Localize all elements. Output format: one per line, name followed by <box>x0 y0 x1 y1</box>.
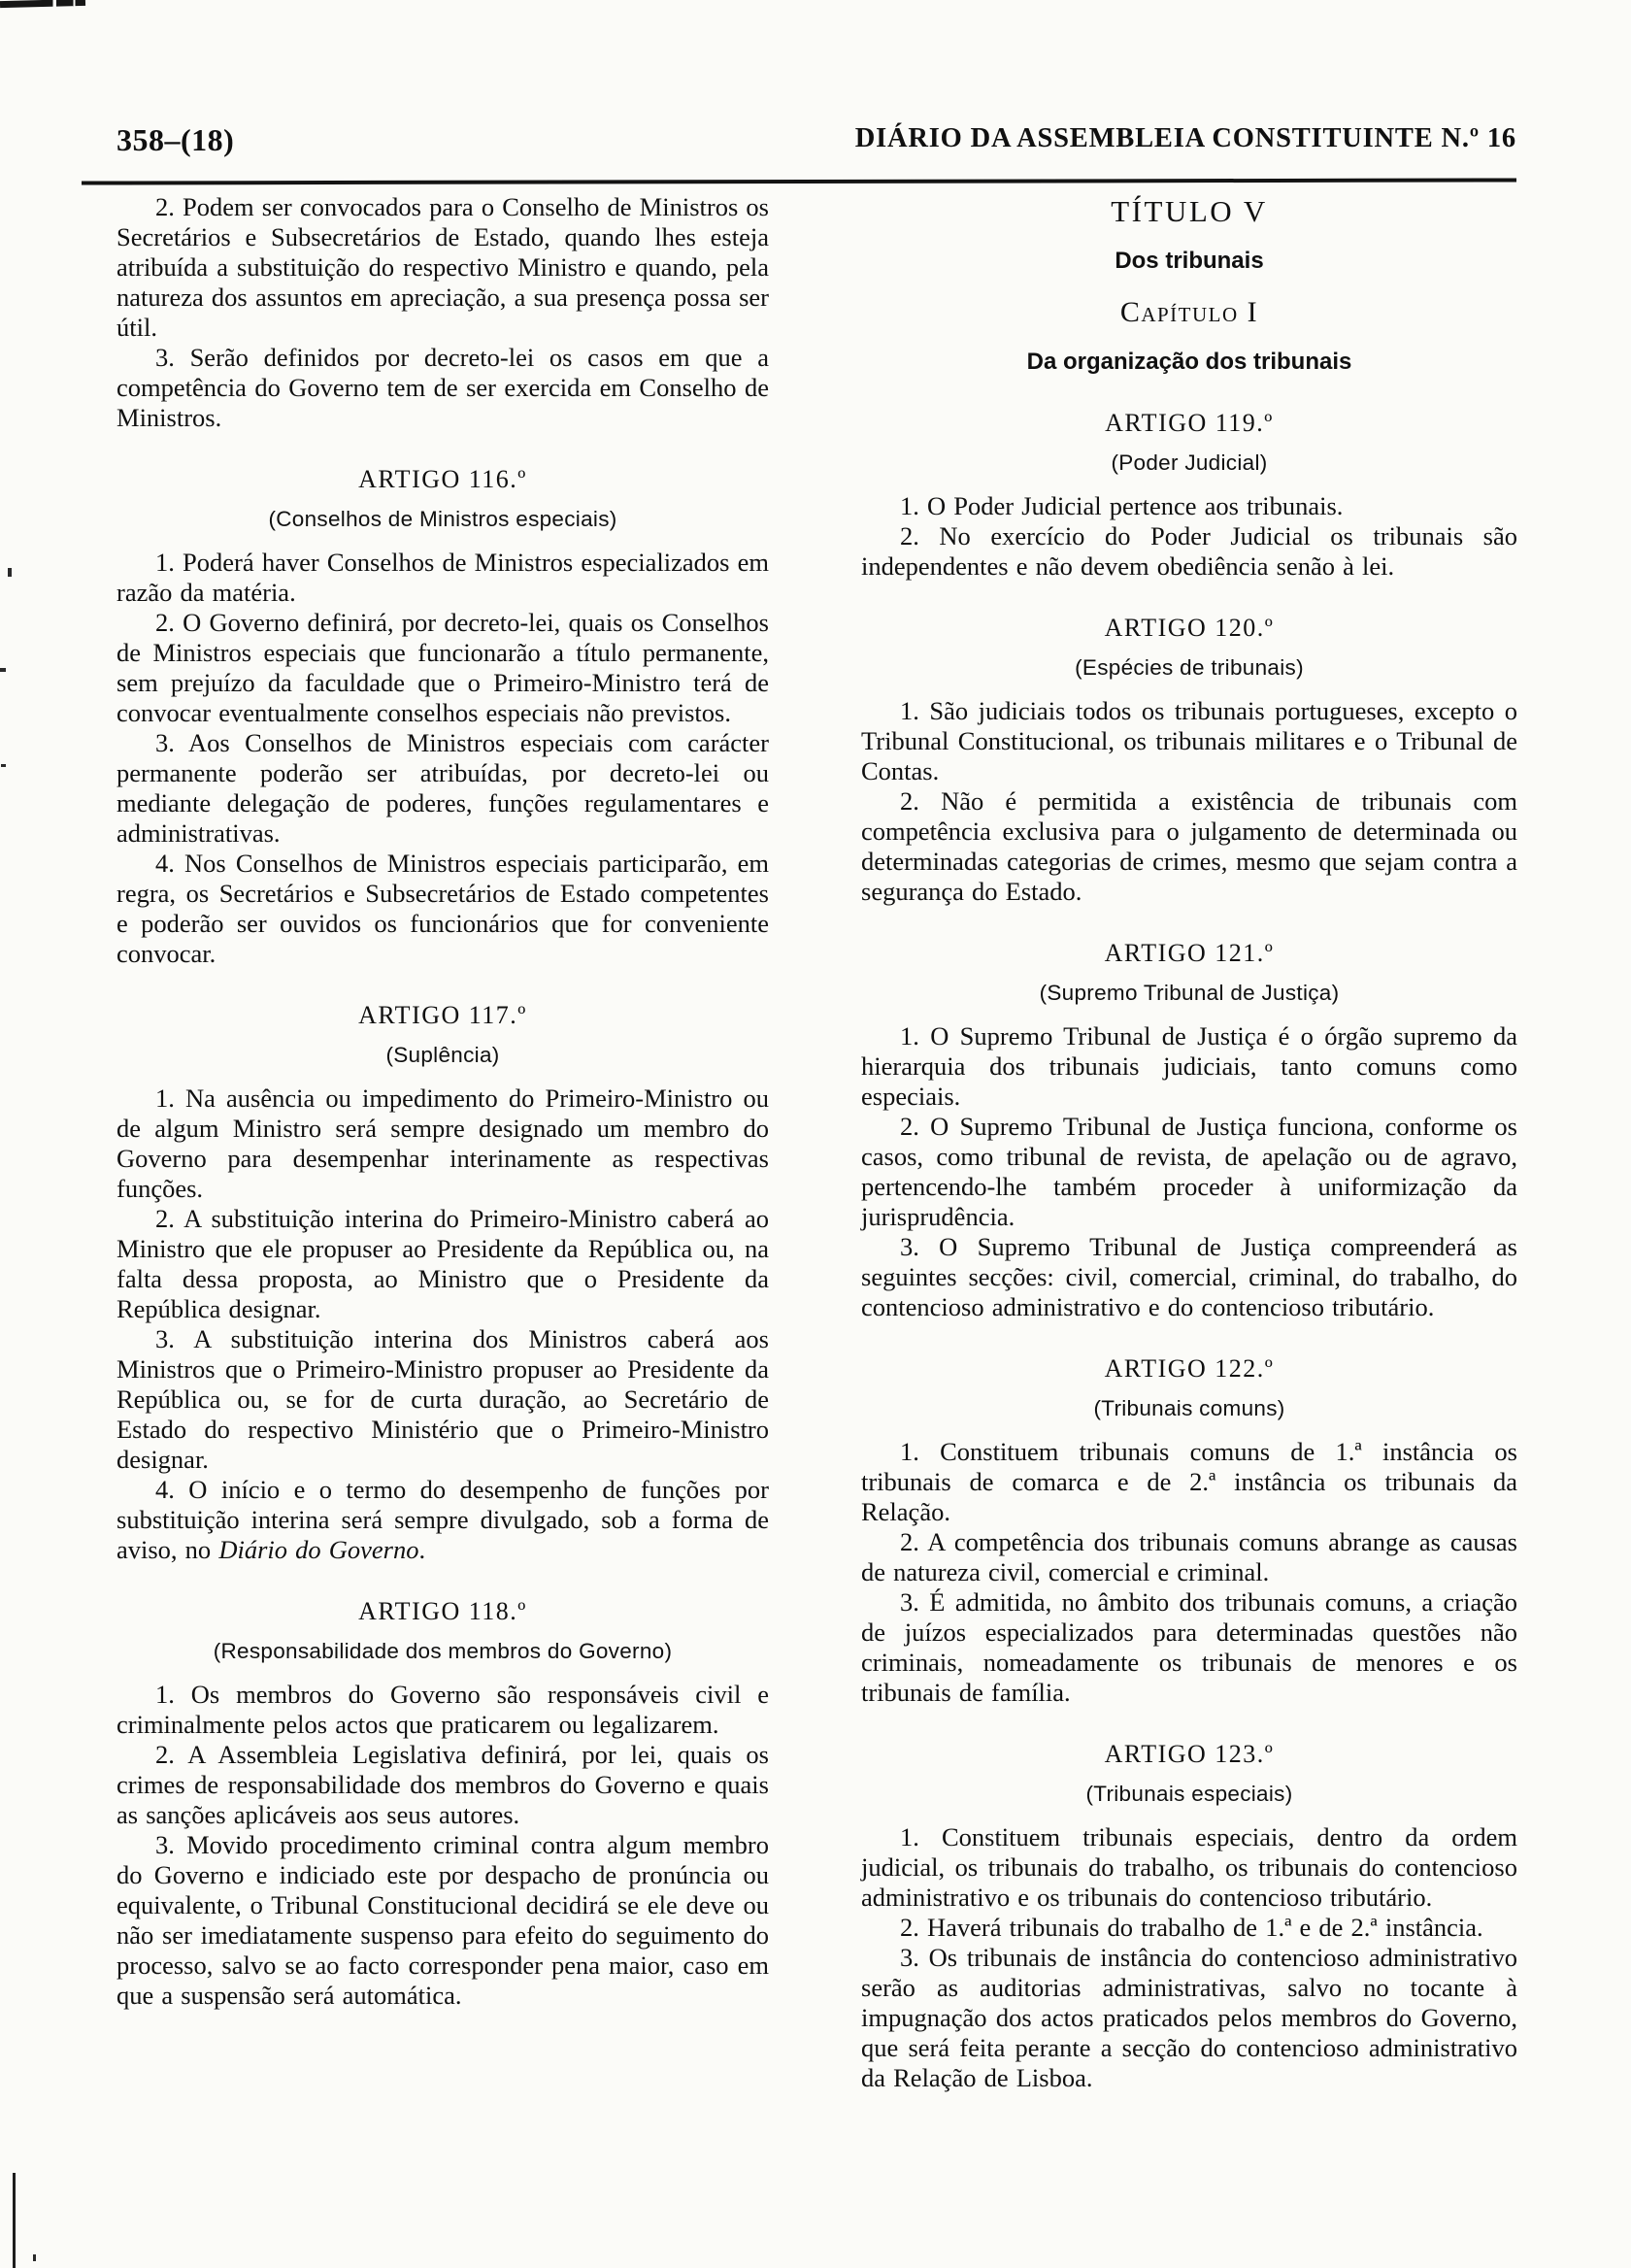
paragraph: 2. O Governo definirá, por decreto-lei, … <box>116 608 769 728</box>
paragraph: 1. Na ausência ou impedimento do Primeir… <box>116 1084 769 1204</box>
journal-title: DIÁRIO DA ASSEMBLEIA CONSTITUINTE N.º 16 <box>855 123 1516 154</box>
section-title: Dos tribunais <box>861 246 1517 276</box>
paragraph: 3. A substituição interina dos Ministros… <box>116 1324 769 1475</box>
paragraph: 1. Poderá haver Conselhos de Ministros e… <box>116 548 769 608</box>
paragraph: 2. O Supremo Tribunal de Justiça funcion… <box>861 1112 1517 1232</box>
article-heading: ARTIGO 120.º <box>861 613 1517 643</box>
paragraph: 3. É admitida, no âmbito dos tribunais c… <box>861 1587 1517 1708</box>
paragraph: 4. O início e o termo do desempenho de f… <box>116 1475 769 1565</box>
paragraph: 2. A competência dos tribunais comuns ab… <box>861 1527 1517 1587</box>
right-column: TÍTULO VDos tribunaisCapítulo IDa organi… <box>861 192 1517 2093</box>
paragraph: 1. O Supremo Tribunal de Justiça é o órg… <box>861 1021 1517 1112</box>
italic-text-run: Diário do Governo <box>218 1535 418 1564</box>
article-heading: ARTIGO 121.º <box>861 938 1517 968</box>
article-heading: ARTIGO 119.º <box>861 408 1517 438</box>
left-column: 2. Podem ser convocados para o Conselho … <box>116 192 769 2011</box>
article-subtitle: (Suplência) <box>116 1040 769 1070</box>
article-subtitle: (Supremo Tribunal de Justiça) <box>861 978 1517 1008</box>
paragraph: 3. O Supremo Tribunal de Justiça compree… <box>861 1232 1517 1322</box>
paragraph: 3. Serão definidos por decreto-lei os ca… <box>116 343 769 433</box>
page-number: 358–(18) <box>116 122 234 158</box>
paragraph: 1. Constituem tribunais especiais, dentr… <box>861 1822 1517 1913</box>
text-run: . <box>418 1535 425 1564</box>
text-run: 4. O início e o termo do desempenho de f… <box>116 1475 769 1564</box>
scan-speck-artifact <box>0 668 6 672</box>
paragraph: 3. Os tribunais de instância do contenci… <box>861 1943 1517 2093</box>
paragraph: 2. Podem ser convocados para o Conselho … <box>116 192 769 343</box>
paragraph: 3. Aos Conselhos de Ministros especiais … <box>116 728 769 849</box>
article-subtitle: (Espécies de tribunais) <box>861 652 1517 683</box>
chapter-heading: Capítulo I <box>861 297 1517 327</box>
title-heading: TÍTULO V <box>861 196 1517 226</box>
paragraph: 1. O Poder Judicial pertence aos tribuna… <box>861 491 1517 521</box>
article-heading: ARTIGO 122.º <box>861 1353 1517 1384</box>
article-subtitle: (Conselhos de Ministros especiais) <box>116 504 769 534</box>
paragraph: 1. Os membros do Governo são responsávei… <box>116 1680 769 1740</box>
scanned-gazette-page: 358–(18) DIÁRIO DA ASSEMBLEIA CONSTITUIN… <box>0 0 1631 2268</box>
article-heading: ARTIGO 117.º <box>116 1000 769 1030</box>
article-heading: ARTIGO 118.º <box>116 1596 769 1626</box>
article-heading: ARTIGO 116.º <box>116 464 769 494</box>
paragraph: 3. Movido procedimento criminal contra a… <box>116 1830 769 2011</box>
section-title: Da organização dos tribunais <box>861 347 1517 377</box>
paragraph: 2. Não é permitida a existência de tribu… <box>861 786 1517 907</box>
paragraph: 1. Constituem tribunais comuns de 1.ª in… <box>861 1437 1517 1527</box>
article-subtitle: (Tribunais comuns) <box>861 1393 1517 1423</box>
scan-speck-artifact <box>8 568 12 577</box>
scan-smudge-artifact <box>0 0 85 8</box>
paragraph: 4. Nos Conselhos de Ministros especiais … <box>116 849 769 969</box>
article-heading: ARTIGO 123.º <box>861 1739 1517 1769</box>
scan-edge-line-artifact <box>13 2173 16 2268</box>
paragraph: 2. Haverá tribunais do trabalho de 1.ª e… <box>861 1913 1517 1943</box>
article-subtitle: (Responsabilidade dos membros do Governo… <box>116 1636 769 1666</box>
paragraph: 2. A substituição interina do Primeiro-M… <box>116 1204 769 1324</box>
paragraph: 1. São judiciais todos os tribunais port… <box>861 696 1517 786</box>
article-subtitle: (Tribunais especiais) <box>861 1779 1517 1809</box>
header-rule <box>82 178 1516 184</box>
paragraph: 2. No exercício do Poder Judicial os tri… <box>861 521 1517 582</box>
scan-speck-artifact <box>1 764 6 767</box>
article-subtitle: (Poder Judicial) <box>861 448 1517 478</box>
scan-speck-artifact <box>33 2254 36 2261</box>
paragraph: 2. A Assembleia Legislativa definirá, po… <box>116 1740 769 1830</box>
